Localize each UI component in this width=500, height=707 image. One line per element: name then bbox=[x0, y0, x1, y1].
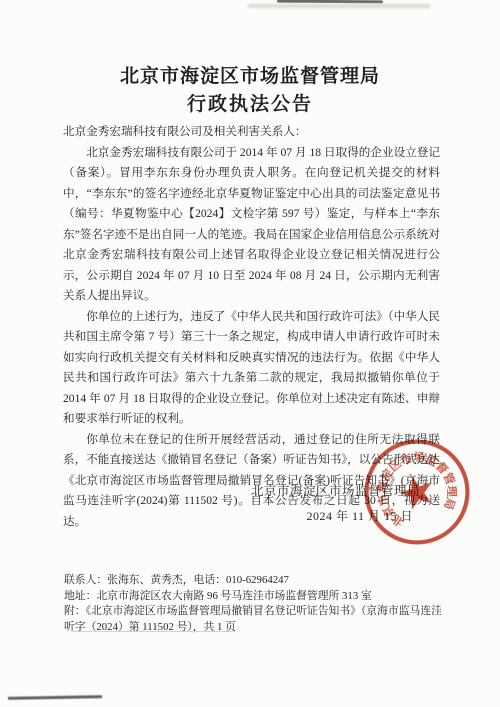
body-paragraph: 北京金秀宏瑞科技有限公司于 2014 年 07 月 18 日取得的企业设立登记（… bbox=[63, 143, 440, 307]
body-paragraph: 你单位的上述行为，违反了《中华人民共和国行政许可法》（中华人民共和国主席令第 7… bbox=[63, 307, 440, 430]
document-title: 北京市海淀区市场监督管理局 行政执法公告 bbox=[0, 62, 500, 118]
title-agency: 北京市海淀区市场监督管理局 bbox=[0, 62, 500, 91]
salutation-line: 北京金秀宏瑞科技有限公司及相关利害关系人： bbox=[63, 122, 440, 143]
signature-date: 2024 年 11 月 15 日 bbox=[306, 507, 413, 524]
svg-text:管: 管 bbox=[440, 471, 458, 487]
signature-agency: 北京市海淀区市场监督管理局 bbox=[251, 481, 420, 499]
scan-artifact-bottom-line bbox=[8, 695, 102, 700]
document-page: 北京市海淀区市场监督管理局 行政执法公告 北京金秀宏瑞科技有限公司及相关利害关系… bbox=[0, 0, 500, 707]
svg-text:局: 局 bbox=[441, 496, 457, 511]
title-notice-type: 行政执法公告 bbox=[0, 91, 500, 118]
footer-address: 地址：北京市海淀区农大南路 96 号马连洼市场监督管理所 313 室 bbox=[64, 589, 446, 605]
footer-contact: 联系人：张海东、黄秀杰，电话：010-62964247 bbox=[64, 573, 446, 589]
svg-text:理: 理 bbox=[445, 485, 458, 497]
scan-artifact-footer-line bbox=[73, 631, 235, 632]
scan-artifact-top-line bbox=[277, 0, 383, 3]
scan-artifact-top-smudge bbox=[248, 4, 430, 8]
document-body: 北京金秀宏瑞科技有限公司及相关利害关系人： 北京金秀宏瑞科技有限公司于 2014… bbox=[63, 122, 440, 532]
footer-block: 联系人：张海东、黄秀杰，电话：010-62964247 地址：北京市海淀区农大南… bbox=[64, 573, 446, 635]
